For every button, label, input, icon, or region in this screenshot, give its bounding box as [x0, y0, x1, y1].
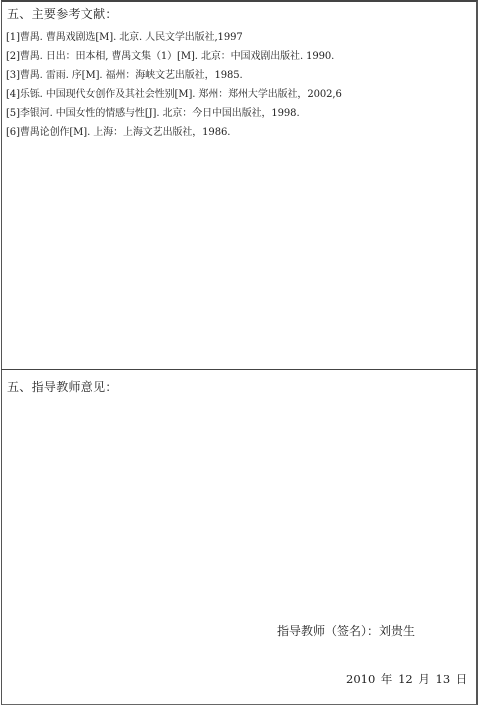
signature-date: 2010 年 12 月 13 日: [346, 671, 467, 687]
advisor-opinion-heading: 五、指导教师意见：: [7, 378, 118, 395]
references-heading: 五、主要参考文献：: [7, 5, 118, 22]
references-list: [1]曹禺. 曹禺戏剧选[M]. 北京. 人民文学出版社,1997 [2]曹禺.…: [6, 28, 342, 142]
reference-item: [3]曹禺. 雷雨. 序[M]. 福州：海峡文艺出版社，1985.: [6, 66, 342, 85]
section-divider: [1, 369, 477, 370]
reference-item: [5]李银河. 中国女性的情感与性[J]. 北京：今日中国出版社，1998.: [6, 104, 342, 123]
reference-item: [1]曹禺. 曹禺戏剧选[M]. 北京. 人民文学出版社,1997: [6, 28, 342, 47]
reference-item: [2]曹禺. 日出：田本相, 曹禺文集（1）[M]. 北京：中国戏剧出版社. 1…: [6, 47, 342, 66]
reference-item: [6]曹禺论创作[M]. 上海：上海文艺出版社，1986.: [6, 123, 342, 142]
reference-item: [4]乐铄. 中国现代女创作及其社会性别[M]. 郑州：郑州大学出版社，2002…: [6, 85, 342, 104]
advisor-signature: 指导教师（签名）：刘贵生: [277, 622, 415, 639]
